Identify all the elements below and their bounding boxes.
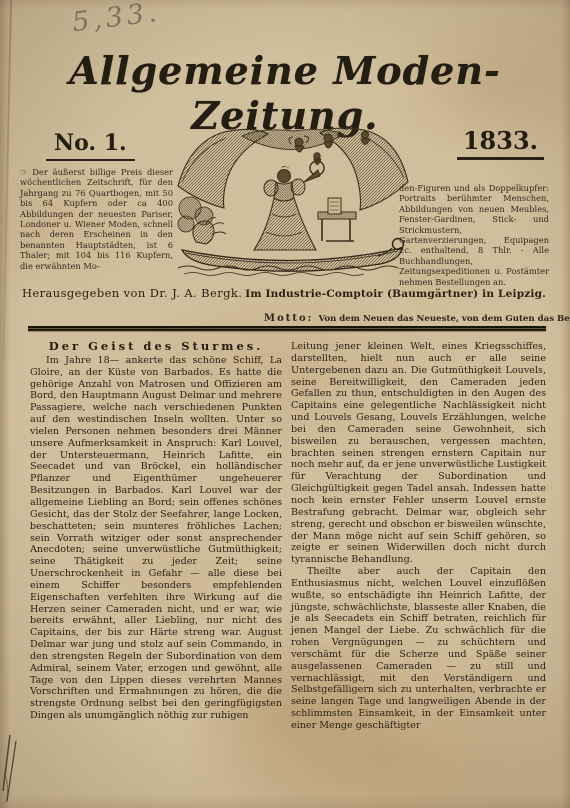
issue-number: No. 1. xyxy=(46,130,135,161)
article-text-left: Im Jahre 18— ankerte das schöne Schiff, … xyxy=(30,355,282,722)
publisher-house: Im Industrie-Comptoir (Baumgärtner) in L… xyxy=(245,288,546,300)
article-heading: Der Geist des Sturmes. xyxy=(30,341,282,353)
article-text-right-p1: Leitung jener kleinen Welt, eines Kriegs… xyxy=(291,341,546,566)
handwritten-annotation: 5,33. xyxy=(70,0,162,38)
article-column-left: Der Geist des Sturmes. Im Jahre 18— anke… xyxy=(30,341,282,722)
binding-thread-marks xyxy=(0,733,40,808)
article-column-right: Leitung jener kleinen Welt, eines Kriegs… xyxy=(291,341,546,732)
subscription-note-left: ☞ Der äußerst billige Preis dieser wöche… xyxy=(20,167,173,271)
publisher-editor: Herausgegeben von Dr. J. A. Bergk. xyxy=(22,286,242,300)
motto-line: Motto: Von dem Neuen das Neueste, von de… xyxy=(264,306,544,325)
subscription-note-right: den-Figuren und als Doppelkupfer: Portra… xyxy=(399,183,549,287)
separator-rule xyxy=(28,326,546,331)
motto-label: Motto: xyxy=(264,313,313,324)
article-text-right-p2: Theilte aber auch der Capitain den Enthu… xyxy=(291,566,546,732)
masthead-vignette-engraving xyxy=(176,124,410,278)
issue-year: 1833. xyxy=(457,126,544,160)
motto-text: Von dem Neuen das Neueste, von dem Guten… xyxy=(318,314,570,324)
scanned-newspaper-page: 5,33. Allgemeine Moden-Zeitung. No. 1. 1… xyxy=(0,0,570,808)
publisher-row: Herausgegeben von Dr. J. A. Bergk. Im In… xyxy=(22,286,546,300)
